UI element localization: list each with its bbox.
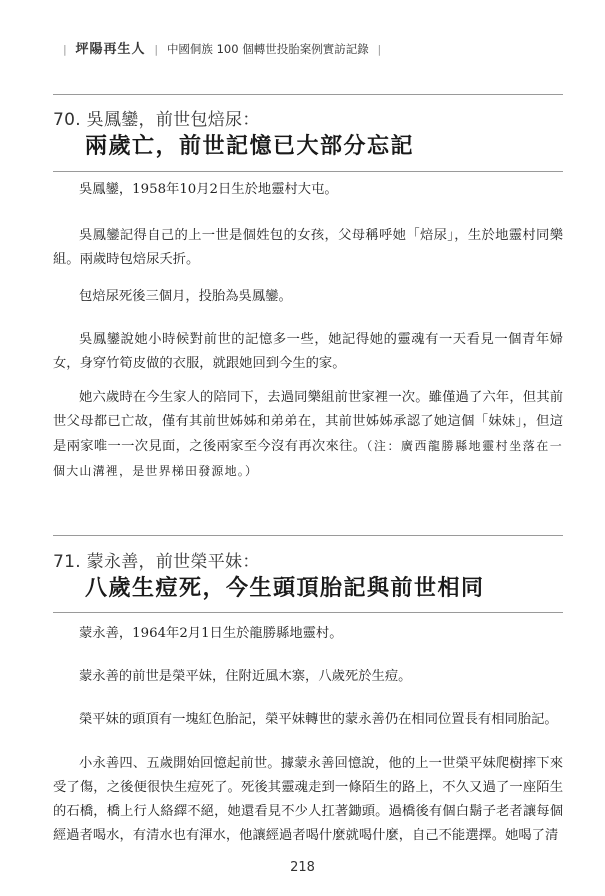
header-separator: | [63, 43, 67, 56]
paragraph: 榮平妹的頭頂有一塊紅色胎記，榮平妹轉世的蒙永善仍在相同位置長有相同胎記。 [53, 708, 563, 732]
book-subtitle: 中國侗族 100 個轉世投胎案例實訪記錄 [167, 42, 369, 56]
case-title: 70. 吳鳳鑾，前世包焙尿： [53, 105, 260, 130]
paragraph: 包焙尿死後三個月，投胎為吳鳳鑾。 [53, 285, 563, 309]
section-divider [53, 612, 563, 613]
header-separator: | [378, 43, 382, 56]
paragraph: 吳鳳鑾說她小時候對前世的記憶多一些，她記得她的靈魂有一天看見一個青年婦女，身穿竹… [53, 328, 563, 376]
paragraph: 小永善四、五歲開始回憶起前世。據蒙永善回憶說，他的上一世榮平妹爬樹摔下來受了傷，… [53, 752, 563, 848]
section-divider [53, 171, 563, 172]
case-title: 71. 蒙永善，前世榮平妹： [53, 547, 260, 572]
paragraph: 吳鳳鑾，1958年10月2日生於地靈村大屯。 [53, 178, 563, 202]
paragraph-with-note: 她六歲時在今生家人的陪同下，去過同樂組前世家裡一次。雖僅過了六年，但其前世父母都… [53, 386, 563, 484]
running-header: | 坪陽再生人 | 中國侗族 100 個轉世投胎案例實訪記錄 | [58, 38, 386, 57]
paragraph: 蒙永善的前世是榮平妹，住附近風木寨，八歲死於生痘。 [53, 665, 563, 689]
page-number: 218 [0, 860, 605, 875]
section-divider [53, 535, 563, 536]
section-divider [53, 94, 563, 95]
paragraph: 吳鳳鑾記得自己的上一世是個姓包的女孩，父母稱呼她「焙尿」，生於地靈村同樂組。兩歲… [53, 224, 563, 272]
book-title: 坪陽再生人 [76, 42, 146, 57]
paragraph: 蒙永善，1964年2月1日生於龍勝縣地靈村。 [53, 622, 563, 646]
header-separator: | [154, 43, 158, 56]
case-headline: 八歲生痘死，今生頭頂胎記與前世相同 [85, 571, 485, 602]
case-headline: 兩歲亡，前世記憶已大部分忘記 [85, 129, 414, 160]
